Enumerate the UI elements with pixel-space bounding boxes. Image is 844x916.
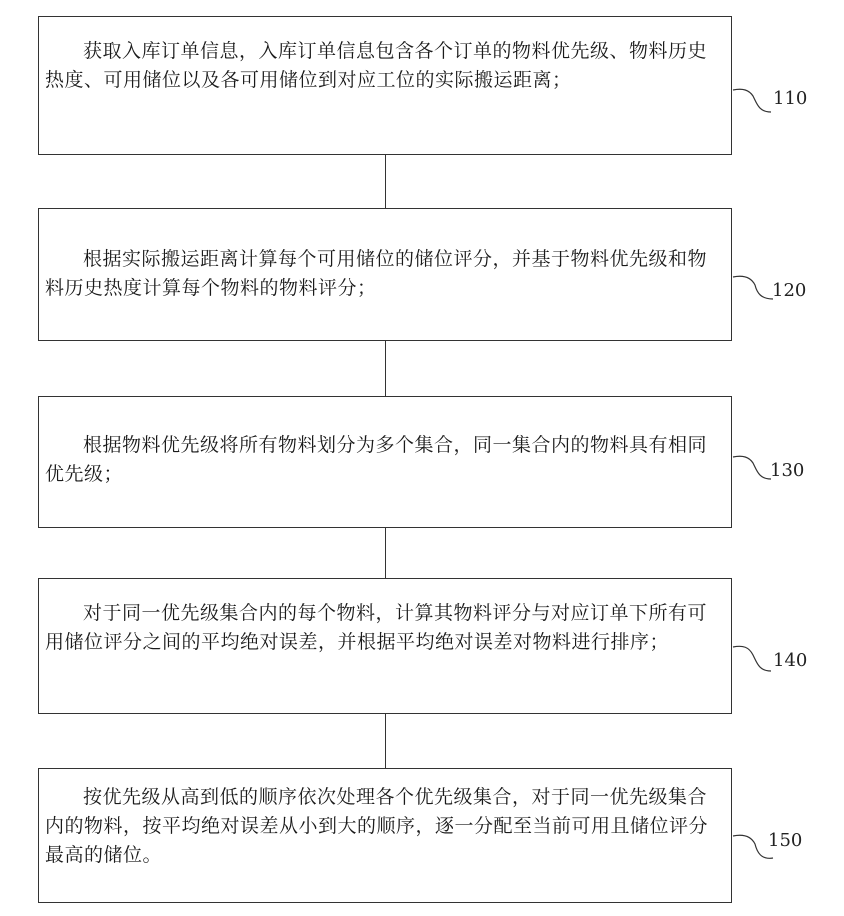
step-text-130: 根据物料优先级将所有物料划分为多个集合，同一集合内的物料具有相同优先级；	[45, 431, 721, 489]
step-text-150: 按优先级从高到低的顺序依次处理各个优先级集合，对于同一优先级集合内的物料，按平均…	[45, 783, 721, 870]
step-box-110: 获取入库订单信息，入库订单信息包含各个订单的物料优先级、物料历史热度、可用储位以…	[38, 16, 732, 155]
leader-line-140	[733, 645, 773, 675]
connector-130-140	[385, 528, 386, 578]
ref-label-110: 110	[773, 88, 807, 109]
ref-label-130: 130	[770, 460, 804, 481]
step-box-120: 根据实际搬运距离计算每个可用储位的储位评分，并基于物料优先级和物料历史热度计算每…	[38, 208, 732, 341]
step-text-120: 根据实际搬运距离计算每个可用储位的储位评分，并基于物料优先级和物料历史热度计算每…	[45, 245, 721, 303]
connector-140-150	[385, 714, 386, 768]
connector-110-120	[385, 155, 386, 208]
leader-line-110	[733, 88, 773, 118]
connector-120-130	[385, 341, 386, 396]
step-box-140: 对于同一优先级集合内的每个物料，计算其物料评分与对应订单下所有可用储位评分之间的…	[38, 578, 732, 714]
ref-label-140: 140	[773, 650, 807, 671]
leader-line-130	[733, 455, 773, 485]
step-text-140: 对于同一优先级集合内的每个物料，计算其物料评分与对应订单下所有可用储位评分之间的…	[45, 599, 721, 657]
step-box-150: 按优先级从高到低的顺序依次处理各个优先级集合，对于同一优先级集合内的物料，按平均…	[38, 768, 732, 903]
step-text-110: 获取入库订单信息，入库订单信息包含各个订单的物料优先级、物料历史热度、可用储位以…	[45, 37, 721, 95]
ref-label-120: 120	[772, 280, 806, 301]
leader-line-120	[733, 275, 773, 305]
step-box-130: 根据物料优先级将所有物料划分为多个集合，同一集合内的物料具有相同优先级；	[38, 396, 732, 528]
ref-label-150: 150	[768, 830, 802, 851]
leader-line-150	[733, 834, 773, 864]
